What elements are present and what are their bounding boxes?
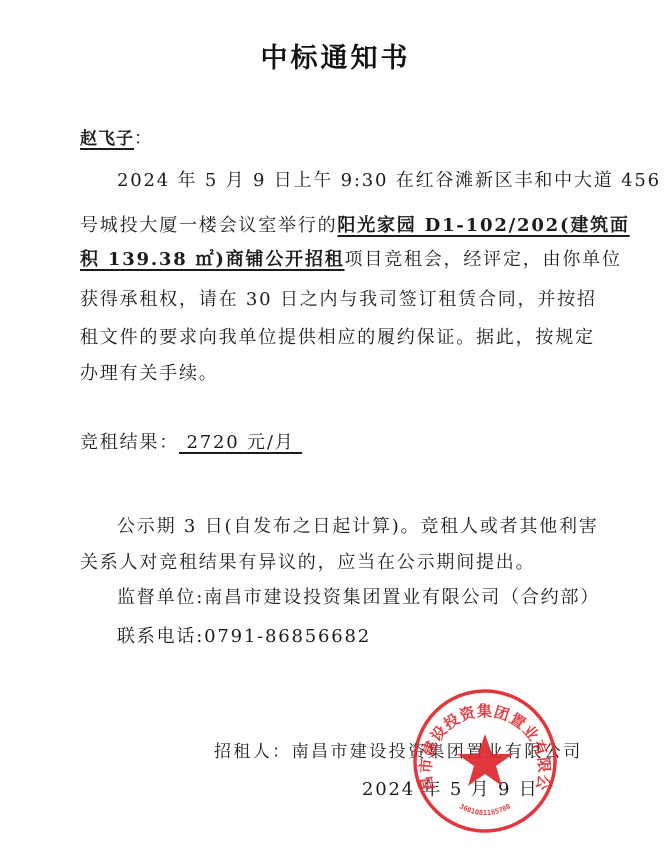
recipient-name: 赵飞子	[80, 129, 134, 149]
property-area: 积 139.38 ㎡)商铺公开招租	[80, 249, 345, 270]
supervisor-label: 监督单位:	[117, 587, 204, 608]
body-line-6: 办理有关手续。	[80, 359, 219, 385]
svg-text:3601081165780: 3601081165780	[458, 802, 512, 817]
document-page: 中标通知书 赵飞子： 2024 年 5 月 9 日上午 9:30 在红谷滩新区丰…	[0, 0, 671, 857]
body-line-2-prefix: 号城投大厦一楼会议室举行的	[80, 215, 337, 236]
body-line-4: 获得承租权，请在 30 日之内与我司签订租赁合同，并按招	[80, 285, 597, 311]
body-line-3-suffix: 项目竞租会，经评定，由你单位	[345, 249, 622, 270]
bid-result-value: 2720 元/月	[179, 432, 302, 453]
salutation: 赵飞子：	[80, 124, 154, 150]
star-icon	[457, 734, 513, 786]
supervisor: 监督单位:南昌市建设投资集团置业有限公司（合约部）	[117, 583, 600, 609]
svg-text:南昌市建设投资集团置业有限公司: 南昌市建设投资集团置业有限公司	[412, 688, 553, 793]
property-name: 阳光家园 D1-102/202(建筑面	[337, 215, 629, 236]
supervisor-value: 南昌市建设投资集团置业有限公司（合约部）	[204, 587, 600, 608]
contact-value: 0791-86856682	[204, 626, 371, 647]
bid-result: 竞租结果： 2720 元/月	[80, 428, 302, 454]
body-line-5: 租文件的要求向我单位提供相应的履约保证。据此，按规定	[80, 323, 595, 349]
signature-label: 招租人：	[214, 742, 292, 762]
bid-result-label: 竞租结果：	[80, 432, 179, 453]
body-line-1: 2024 年 5 月 9 日上午 9:30 在红谷滩新区丰和中大道 456	[117, 166, 661, 192]
notice-line-1: 公示期 3 日(自发布之日起计算)。竞租人或者其他利害	[117, 512, 599, 538]
contact-label: 联系电话:	[117, 626, 204, 647]
contact-phone: 联系电话:0791-86856682	[117, 622, 371, 648]
salutation-colon: ：	[134, 128, 154, 149]
document-title: 中标通知书	[0, 36, 671, 75]
company-seal-stamp: 南昌市建设投资集团置业有限公司 3601081165780	[412, 688, 558, 834]
body-line-2: 号城投大厦一楼会议室举行的阳光家园 D1-102/202(建筑面	[80, 211, 630, 237]
body-line-3: 积 139.38 ㎡)商铺公开招租项目竞租会，经评定，由你单位	[80, 245, 622, 271]
notice-line-2: 关系人对竞租结果有异议的，应当在公示期间提出。	[80, 548, 535, 574]
